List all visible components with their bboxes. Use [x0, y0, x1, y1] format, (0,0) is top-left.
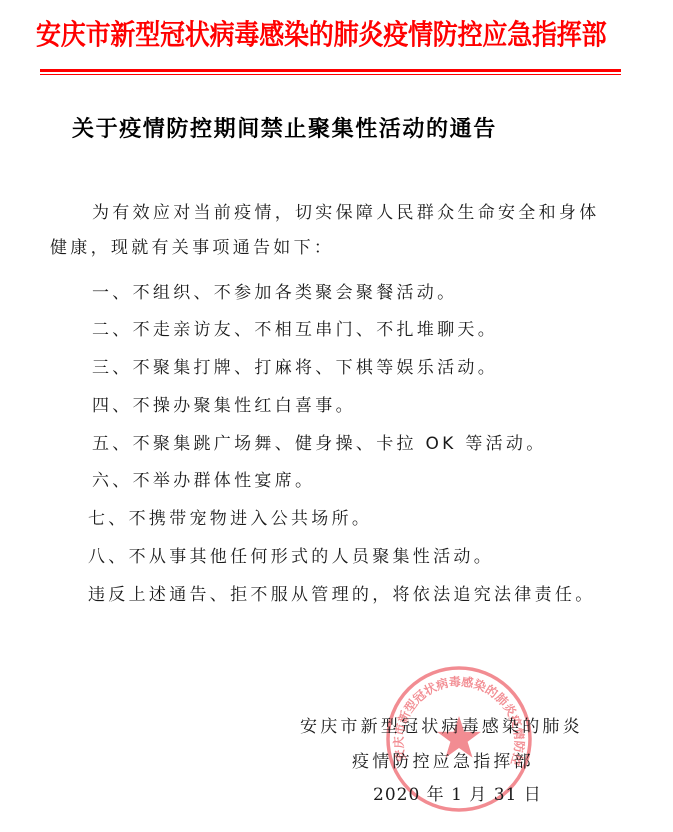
notice-item-3: 三、不聚集打牌、打麻将、下棋等娱乐活动。	[92, 356, 498, 380]
signature-date: 2020 年 1 月 31 日	[373, 783, 542, 807]
red-divider-thin	[40, 74, 621, 75]
notice-item-7: 七、不携带宠物进入公共场所。	[88, 507, 372, 531]
notice-item-8: 八、不从事其他任何形式的人员聚集性活动。	[88, 545, 494, 569]
warning-line: 违反上述通告、拒不服从管理的，将依法追究法律责任。	[88, 583, 596, 607]
signature-issuer-line-2: 疫情防控应急指挥部	[352, 750, 534, 774]
intro-line-1: 为有效应对当前疫情，切实保障人民群众生命安全和身体	[92, 201, 600, 225]
notice-item-2: 二、不走亲访友、不相互串门、不扎堆聊天。	[92, 318, 498, 342]
issuer-header: 安庆市新型冠状病毒感染的肺炎疫情防控应急指挥部	[36, 17, 622, 53]
notice-item-4: 四、不操办聚集性红白喜事。	[92, 394, 356, 418]
notice-item-5: 五、不聚集跳广场舞、健身操、卡拉 OK 等活动。	[92, 432, 547, 456]
notice-item-1: 一、不组织、不参加各类聚会聚餐活动。	[92, 281, 457, 305]
intro-line-2: 健康，现就有关事项通告如下：	[50, 236, 334, 260]
red-divider-thick	[40, 69, 621, 72]
document-title: 关于疫情防控期间禁止聚集性活动的通告	[72, 113, 562, 145]
notice-item-6: 六、不举办群体性宴席。	[92, 469, 315, 493]
signature-issuer-line-1: 安庆市新型冠状病毒感染的肺炎	[300, 715, 583, 739]
